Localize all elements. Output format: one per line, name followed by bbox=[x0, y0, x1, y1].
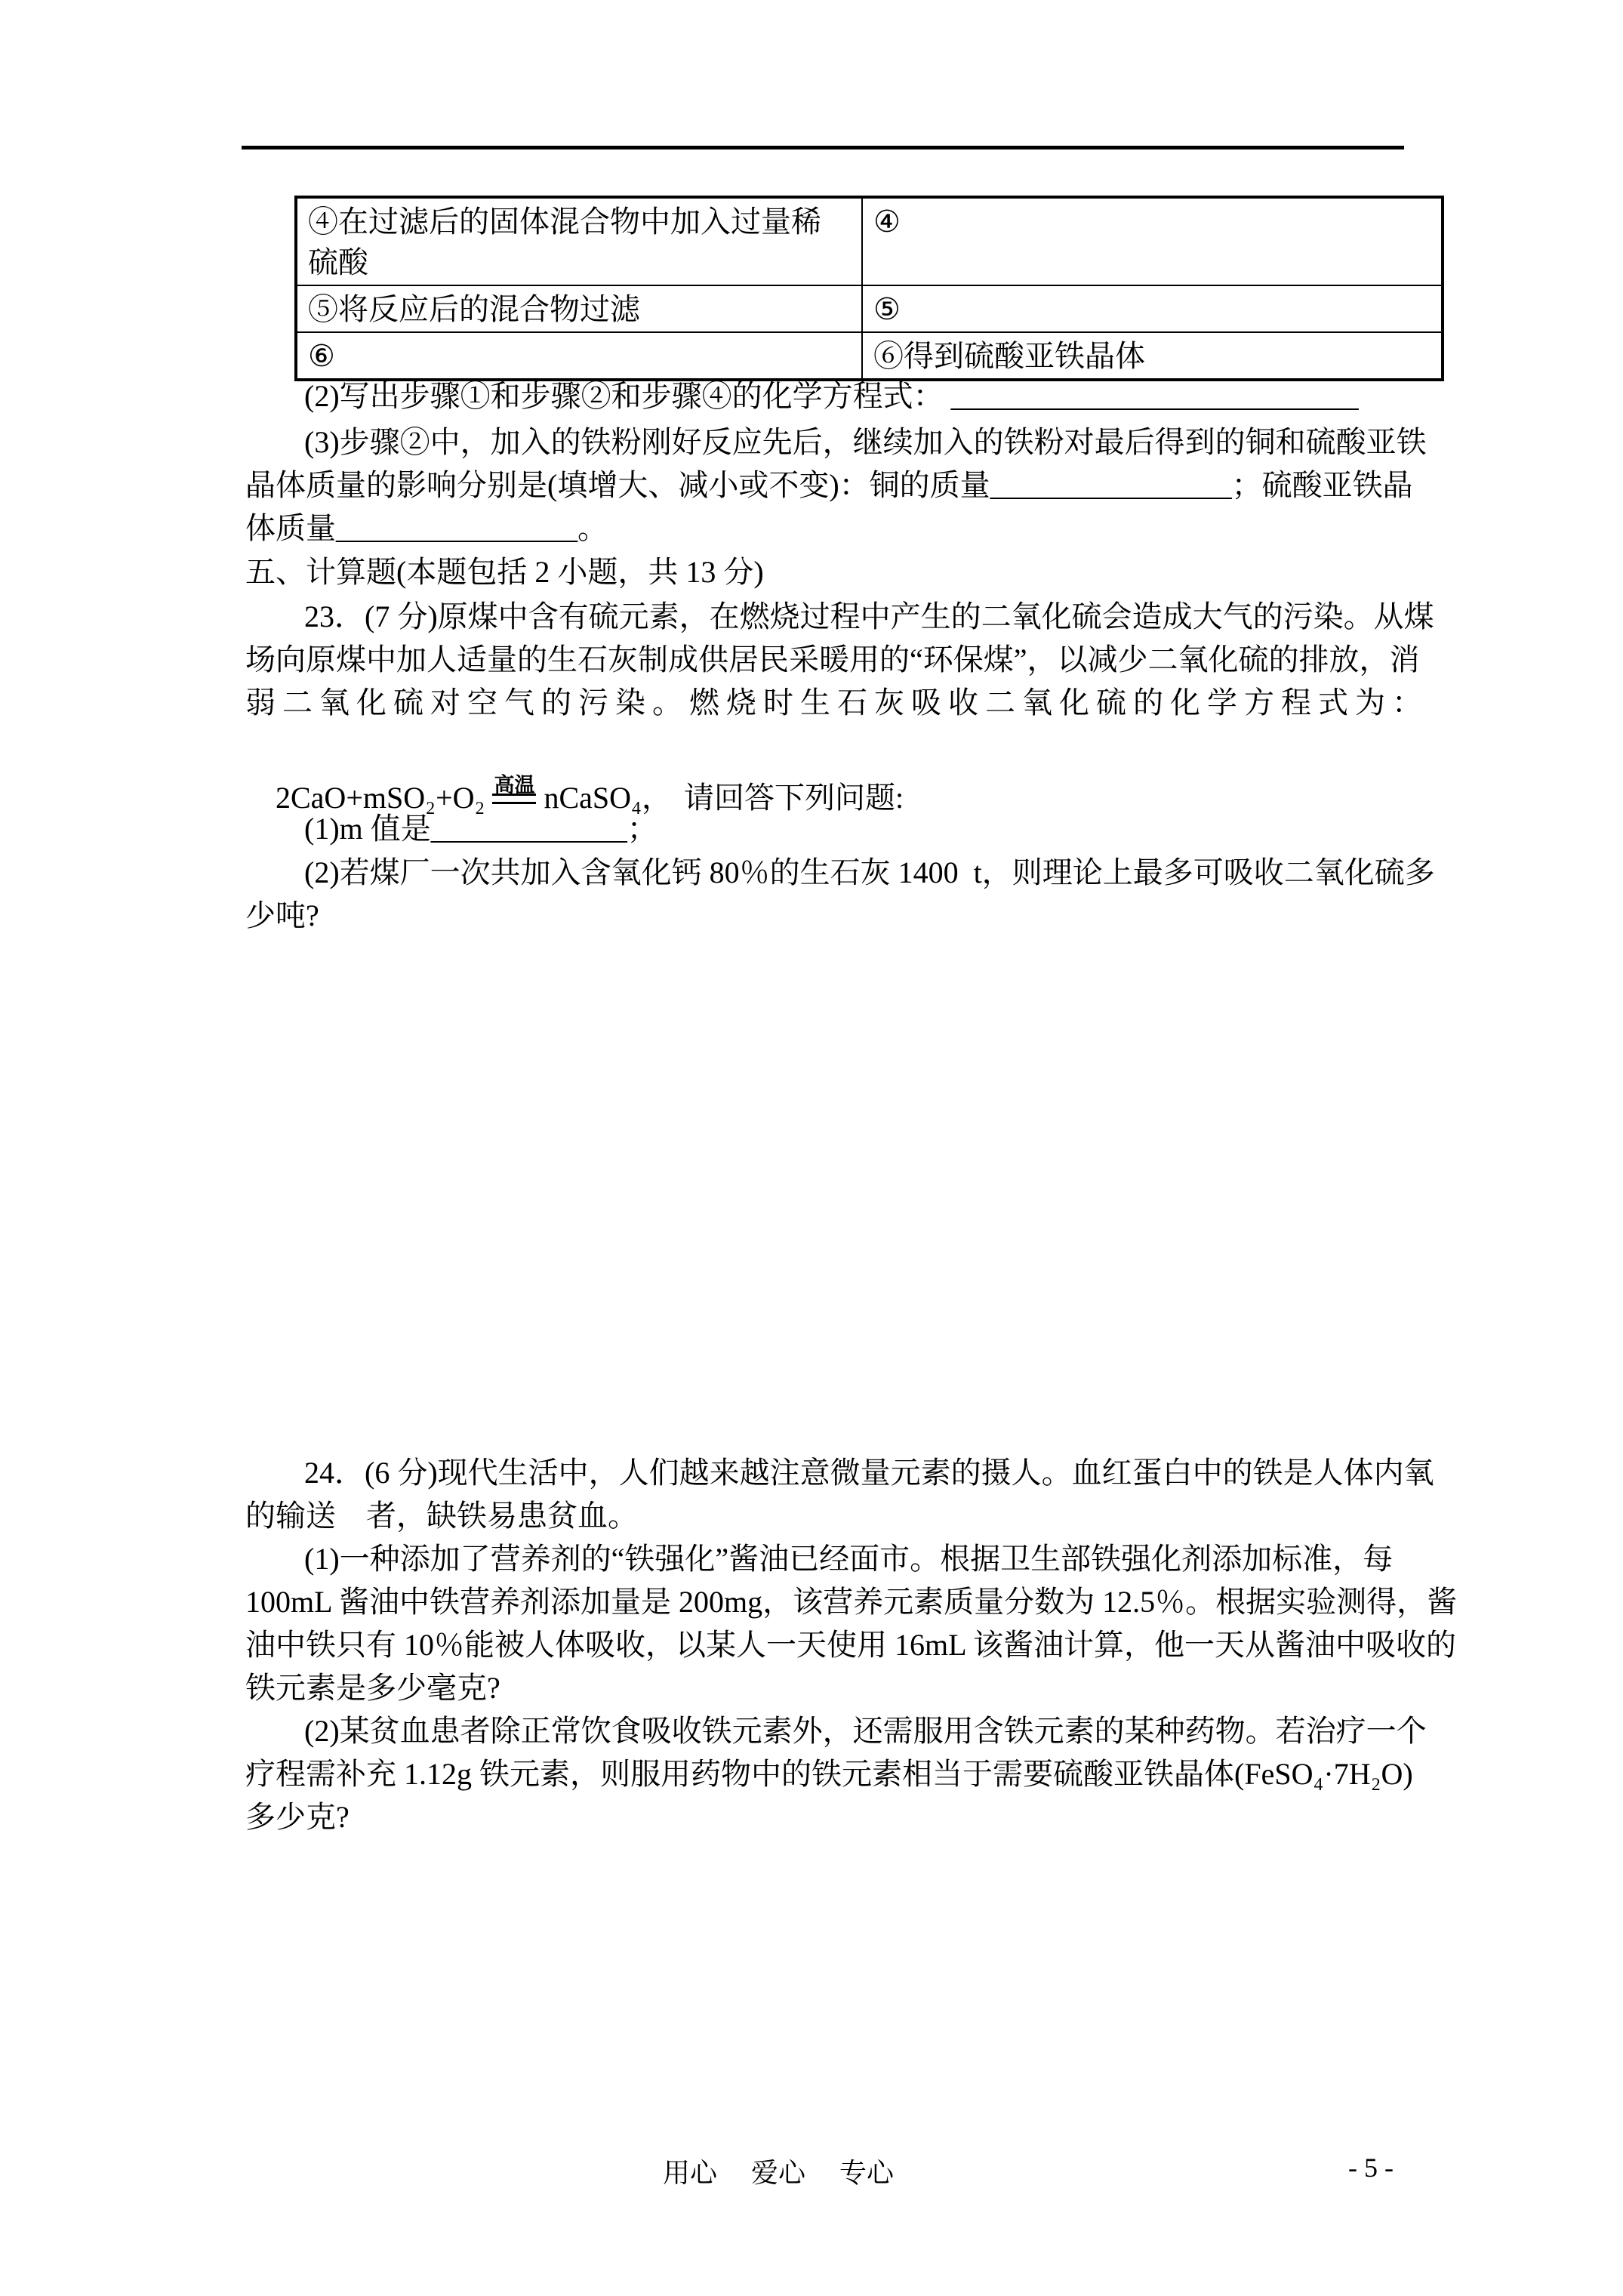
document-page: ④在过滤后的固体混合物中加入过量稀 硫酸 ④ ⑤将反应后的混合物过滤 ⑤ ⑥ ⑥… bbox=[0, 0, 1623, 2296]
table-row: ⑥ ⑥得到硫酸亚铁晶体 bbox=[296, 332, 1443, 380]
equation-reactants: 2CaO+mSO₂+O₂ bbox=[276, 781, 485, 815]
table-row: ⑤将反应后的混合物过滤 ⑤ bbox=[296, 285, 1443, 332]
q24-part1-line1: (1)一种添加了营养剂的“铁强化”酱油已经面市。根据卫生部铁强化剂添加标准，每 bbox=[304, 1542, 1393, 1576]
table-cell-result-6: ⑥得到硫酸亚铁晶体 bbox=[862, 332, 1443, 380]
q22-part2-blank-line: (2)写出步骤①和步骤②和步骤④的化学方程式： ________________… bbox=[304, 379, 1359, 414]
table-cell-result-5: ⑤ bbox=[862, 285, 1443, 332]
equation-products: nCaSO₄， bbox=[544, 781, 672, 815]
q24-part2-line1: (2)某贫血患者除正常饮食吸收铁元素外，还需服用含铁元素的某种药物。若治疗一个 bbox=[304, 1714, 1427, 1749]
footer-motto: 用心 爱心 专心 bbox=[663, 2152, 894, 2190]
q22-part3-line1: (3)步骤②中，加入的铁粉刚好反应先后，继续加入的铁粉对最后得到的铜和硫酸亚铁 bbox=[304, 425, 1427, 460]
reaction-condition: 高温 bbox=[492, 781, 536, 815]
section5-heading: 五、计算题(本题包括 2 小题，共 13 分) bbox=[245, 555, 764, 590]
table-cell-step-5: ⑤将反应后的混合物过滤 bbox=[296, 285, 862, 332]
table-cell-result-4: ④ bbox=[862, 197, 1443, 285]
page-number: - 5 - bbox=[1348, 2152, 1394, 2184]
q24-line1: 24．(6 分)现代生活中，人们越来越注意微量元素的摄人。血红蛋白中的铁是人体内… bbox=[304, 1456, 1434, 1490]
table-cell-step-4: ④在过滤后的固体混合物中加入过量稀 硫酸 bbox=[296, 197, 862, 285]
q24-part1-line4: 铁元素是多少毫克? bbox=[245, 1671, 500, 1706]
q22-part3-line3: 体质量________________。 bbox=[245, 511, 608, 546]
q23-line1: 23．(7 分)原煤中含有硫元素，在燃烧过程中产生的二氧化硫会造成大气的污染。从… bbox=[304, 599, 1434, 634]
q24-line2: 的输送 者，缺铁易患贫血。 bbox=[245, 1499, 638, 1533]
table-row: ④在过滤后的固体混合物中加入过量稀 硫酸 ④ bbox=[296, 197, 1443, 285]
experiment-steps-table: ④在过滤后的固体混合物中加入过量稀 硫酸 ④ ⑤将反应后的混合物过滤 ⑤ ⑥ ⑥… bbox=[294, 196, 1444, 381]
equation-tail-text: 请回答下列问题: bbox=[684, 781, 904, 815]
q24-part2-line2: 疗程需补充 1.12g 铁元素，则服用药物中的铁元素相当于需要硫酸亚铁晶体(Fe… bbox=[245, 1757, 1413, 1792]
q23-line3: 弱二氧化硫对空气的污染。燃烧时生石灰吸收二氧化硫的化学方程式为： bbox=[245, 686, 1429, 720]
q23-part1-blank-line: (1)m 值是_____________； bbox=[304, 812, 658, 846]
table-cell-step-6: ⑥ bbox=[296, 332, 862, 380]
q24-part1-line2: 100mL 酱油中铁营养剂添加量是 200mg，该营养元素质量分数为 12.5％… bbox=[245, 1585, 1457, 1620]
q23-part2-line2: 少吨? bbox=[245, 898, 319, 933]
condition-label: 高温 bbox=[494, 775, 534, 796]
q23-line2: 场向原煤中加人适量的生石灰制成供居民采暖用的“环保煤”，以减少二氧化硫的排放，消 bbox=[245, 643, 1420, 677]
q22-part3-line2: 晶体质量的影响分别是(填增大、减小或不变)：铜的质量______________… bbox=[245, 468, 1413, 503]
q24-part1-line3: 油中铁只有 10％能被人体吸收，以某人一天使用 16mL 该酱油计算，他一天从酱… bbox=[245, 1628, 1456, 1663]
q24-part2-line3: 多少克? bbox=[245, 1800, 350, 1835]
header-rule bbox=[242, 146, 1404, 149]
q23-part2-line1: (2)若煤厂一次共加入含氧化钙 80％的生石灰 1400 t，则理论上最多可吸收… bbox=[304, 855, 1435, 890]
